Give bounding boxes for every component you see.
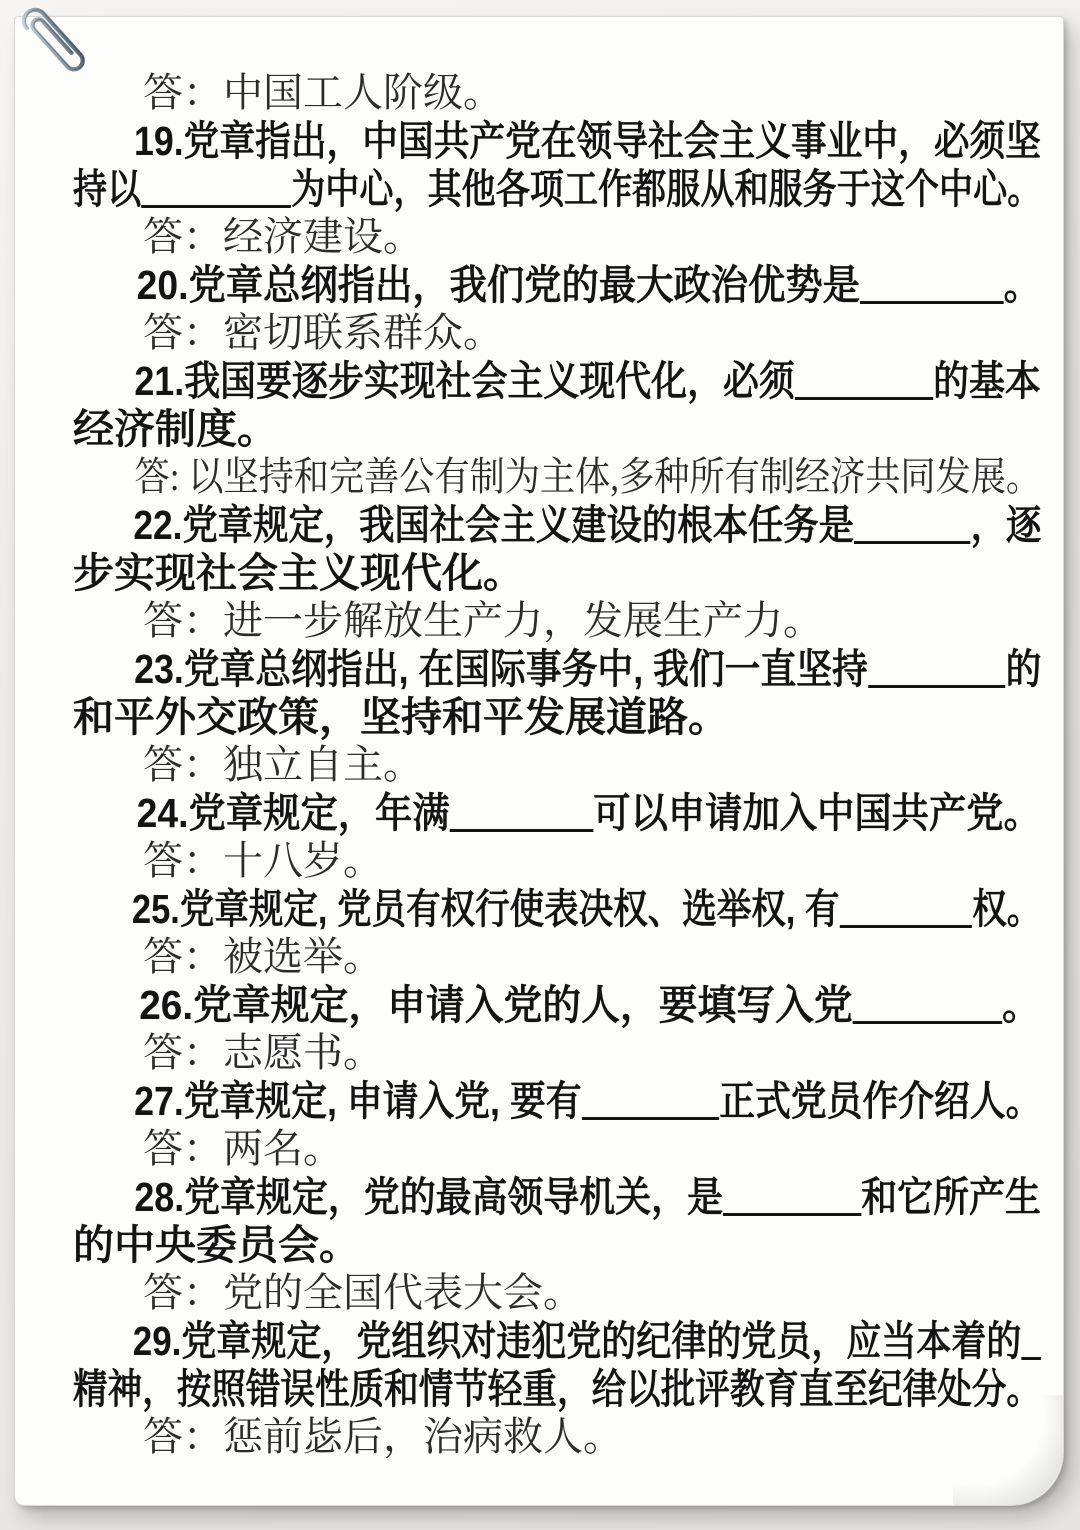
question-line: 23.党章总纲指出, 在国际事务中, 我们一直坚持的 bbox=[73, 645, 918, 693]
blank-underline bbox=[450, 791, 594, 832]
question-line: 步实现社会主义现代化。 bbox=[73, 549, 1041, 597]
question-line: 28.党章规定，党的最高领导机关，是和它所产生 bbox=[73, 1173, 921, 1221]
answer-line: 答：十八岁。 bbox=[73, 837, 1041, 885]
blank-underline bbox=[839, 887, 972, 928]
question-line: 26.党章规定，申请入党的人，要填写入党。 bbox=[73, 981, 989, 1029]
blank-underline bbox=[853, 983, 1002, 1024]
question-line: 的中央委员会。 bbox=[73, 1221, 1041, 1269]
blank-underline bbox=[141, 167, 291, 208]
answer-line: 答：两名。 bbox=[73, 1125, 1041, 1173]
blank-underline bbox=[860, 263, 1004, 304]
answer-line: 答：被选举。 bbox=[73, 933, 1041, 981]
question-line: 22.党章规定，我国社会主义建设的根本任务是，逐 bbox=[73, 501, 907, 549]
question-line: 精神，按照错误性质和情节轻重，给以批评教育直至纪律处分。 bbox=[73, 1365, 889, 1413]
answer-line: 答：经济建设。 bbox=[73, 213, 1041, 261]
quiz-text: 答：中国工人阶级。19.党章指出，中国共产党在领导社会主义事业中，必须坚持以为中… bbox=[15, 17, 1063, 1505]
question-line: 持以为中心，其他各项工作都服从和服务于这个中心。 bbox=[73, 165, 878, 213]
answer-line: 答：密切联系群众。 bbox=[73, 309, 1041, 357]
question-line: 19.党章指出，中国共产党在领导社会主义事业中，必须坚 bbox=[73, 117, 916, 165]
blank-underline bbox=[1021, 1319, 1040, 1360]
question-line: 27.党章规定, 申请入党, 要有正式党员作介绍人。 bbox=[73, 1077, 918, 1125]
question-line: 经济制度。 bbox=[73, 405, 1041, 453]
answer-line: 答：志愿书。 bbox=[73, 1029, 1041, 1077]
answer-line: 答：党的全国代表大会。 bbox=[73, 1269, 1041, 1317]
question-line: 和平外交政策，坚持和平发展道路。 bbox=[73, 693, 1041, 741]
blank-underline bbox=[723, 1175, 861, 1216]
question-line: 21.我国要逐步实现社会主义现代化，必须的基本 bbox=[73, 357, 921, 405]
question-line: 29.党章规定，党组织对违犯党的纪律的党员，应当本着的 bbox=[73, 1317, 899, 1365]
blank-underline bbox=[795, 359, 933, 400]
question-line: 24.党章规定，年满可以申请加入中国共产党。 bbox=[73, 789, 954, 837]
paper-sheet: 答：中国工人阶级。19.党章指出，中国共产党在领导社会主义事业中，必须坚持以为中… bbox=[14, 16, 1064, 1506]
answer-line: 答: 以坚持和完善公有制为主体,多种所有制经济共同发展。 bbox=[73, 453, 924, 501]
blank-underline bbox=[582, 1079, 720, 1120]
answer-line: 答：惩前毖后，治病救人。 bbox=[73, 1413, 1041, 1461]
question-line: 25.党章规定, 党员有权行使表决权、选举权, 有权。 bbox=[73, 885, 888, 933]
blank-underline bbox=[854, 503, 971, 544]
answer-line: 答：中国工人阶级。 bbox=[73, 69, 1041, 117]
question-line: 20.党章总纲指出，我们党的最大政治优势是。 bbox=[73, 261, 954, 309]
page-background: 答：中国工人阶级。19.党章指出，中国共产党在领导社会主义事业中，必须坚持以为中… bbox=[0, 0, 1080, 1530]
answer-line: 答：进一步解放生产力，发展生产力。 bbox=[73, 597, 1041, 645]
blank-underline bbox=[868, 647, 1006, 688]
answer-line: 答：独立自主。 bbox=[73, 741, 1041, 789]
